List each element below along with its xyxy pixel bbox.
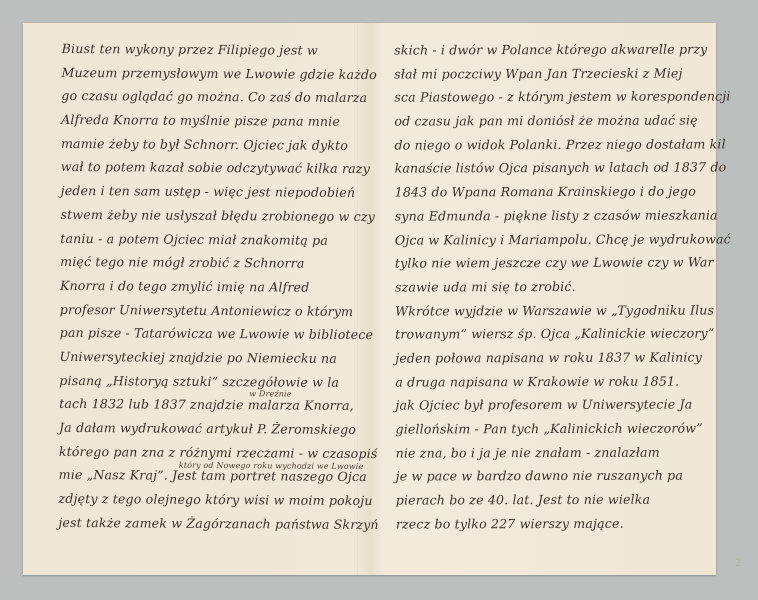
interlinear-note: w Dreźnie bbox=[249, 391, 291, 399]
right-line-1: skich - i dwór w Polance którego akwarel… bbox=[394, 37, 714, 62]
left-line-3: go czasu oglądać go można. Co zaś do mal… bbox=[61, 84, 381, 110]
left-line-1: Biust ten wykony przez Filipiego jest w bbox=[62, 37, 382, 63]
left-line-13: pan pisze - Tatarówicza we Lwowie w bibl… bbox=[60, 321, 380, 347]
right-page: skich - i dwór w Polance którego akwarel… bbox=[394, 37, 716, 536]
right-line-11: szawie uda mi się to zrobić. bbox=[395, 274, 715, 299]
right-line-12: Wkrótce wyjdzie w Warszawie w „Tygodniku… bbox=[395, 298, 715, 323]
left-line-20: zdjęty z tego olejnego który wisi w moim… bbox=[58, 487, 378, 513]
right-line-5: do niego o widok Polanki. Przez niego do… bbox=[394, 132, 714, 157]
left-line-17: Ja dałam wydrukować artykuł P. Żeromskie… bbox=[59, 416, 379, 442]
left-line-8: stwem żeby nie usłyszał błędu zrobionego… bbox=[60, 203, 380, 229]
right-line-7: 1843 do Wpana Romana Krainskiego i do je… bbox=[395, 180, 715, 205]
right-line-9: Ojca w Kalinicy i Mariampolu. Chcę je wy… bbox=[395, 227, 715, 252]
right-line-6: kanaście listów Ojca pisanych w latach o… bbox=[395, 156, 715, 181]
right-line-17: giellońskim - Pan tych „Kalinickich wiec… bbox=[395, 416, 715, 441]
right-line-4: od czasu jak pan mi doniósł że można uda… bbox=[394, 109, 714, 134]
right-line-10: tylko nie wiem jeszcze czy we Lwowie czy… bbox=[395, 251, 715, 276]
right-line-2: słał mi poczciwy Wpan Jan Trzecieski z M… bbox=[394, 61, 714, 86]
right-line-16: jak Ojciec był profesorem w Uniwersyteci… bbox=[395, 393, 715, 418]
left-line-10: mięć tego nie mógł zrobić z Schnorra bbox=[60, 250, 380, 276]
right-line-20: pierach bo ze 40. lat. Jest to nie wielk… bbox=[396, 488, 716, 513]
left-line-14: Uniwersyteckiej znajdzie po Niemiecku na bbox=[59, 345, 379, 371]
right-line-21: rzecz bo tylko 227 wierszy mające. bbox=[396, 511, 716, 536]
left-line-16-text: tach 1832 lub 1837 znajdzie malarza Knor… bbox=[59, 396, 354, 413]
left-line-9: taniu - a potem Ojciec miał znakomitą pa bbox=[60, 226, 380, 252]
left-page: Biust ten wykony przez Filipiego jest w … bbox=[58, 37, 381, 537]
left-line-6: wał to potem kazał sobie odczytywać kilk… bbox=[61, 155, 381, 181]
right-line-15: a druga napisana w Krakowie w roku 1851. bbox=[395, 369, 715, 394]
left-line-16: w Dreźnie tach 1832 lub 1837 znajdzie ma… bbox=[59, 392, 379, 418]
left-line-7: jeden i ten sam ustęp - więc jest niepod… bbox=[61, 179, 381, 205]
page-number: 2 bbox=[735, 558, 741, 569]
left-line-19: który od Nowego roku wychodzi we Lwowie … bbox=[59, 463, 379, 489]
right-line-3: sca Piastowego - z którym jestem w kores… bbox=[394, 85, 714, 110]
left-line-12: profesor Uniwersytetu Antoniewicz o któr… bbox=[60, 297, 380, 323]
right-line-8: syna Edmunda - piękne listy z czasów mie… bbox=[395, 203, 715, 228]
right-line-19: je w pace w bardzo dawno nie ruszanych p… bbox=[396, 464, 716, 489]
right-line-13: trowanym” wiersz śp. Ojca „Kalinickie wi… bbox=[395, 322, 715, 347]
left-line-5: mamie żeby to był Schnorr. Ojciec jak dy… bbox=[61, 132, 381, 158]
left-line-2: Muzeum przemysłowym we Lwowie gdzie każd… bbox=[61, 61, 381, 87]
left-line-11: Knorra i do tego zmylić imię na Alfred bbox=[60, 274, 380, 300]
interlinear-note: który od Nowego roku wychodzi we Lwowie bbox=[179, 462, 364, 471]
left-line-4: Alfreda Knorra to myślnie pisze pana mni… bbox=[61, 108, 381, 134]
right-line-18: nie zna, bo i ja je nie znałam - znalazł… bbox=[396, 440, 716, 465]
left-line-21: jest także zamek w Żagórzanach państwa S… bbox=[58, 511, 378, 537]
left-line-15: pisaną „Historyą sztuki” szczegółowie w … bbox=[59, 369, 379, 395]
right-line-14: jeden połowa napisana w roku 1837 w Kali… bbox=[395, 345, 715, 370]
